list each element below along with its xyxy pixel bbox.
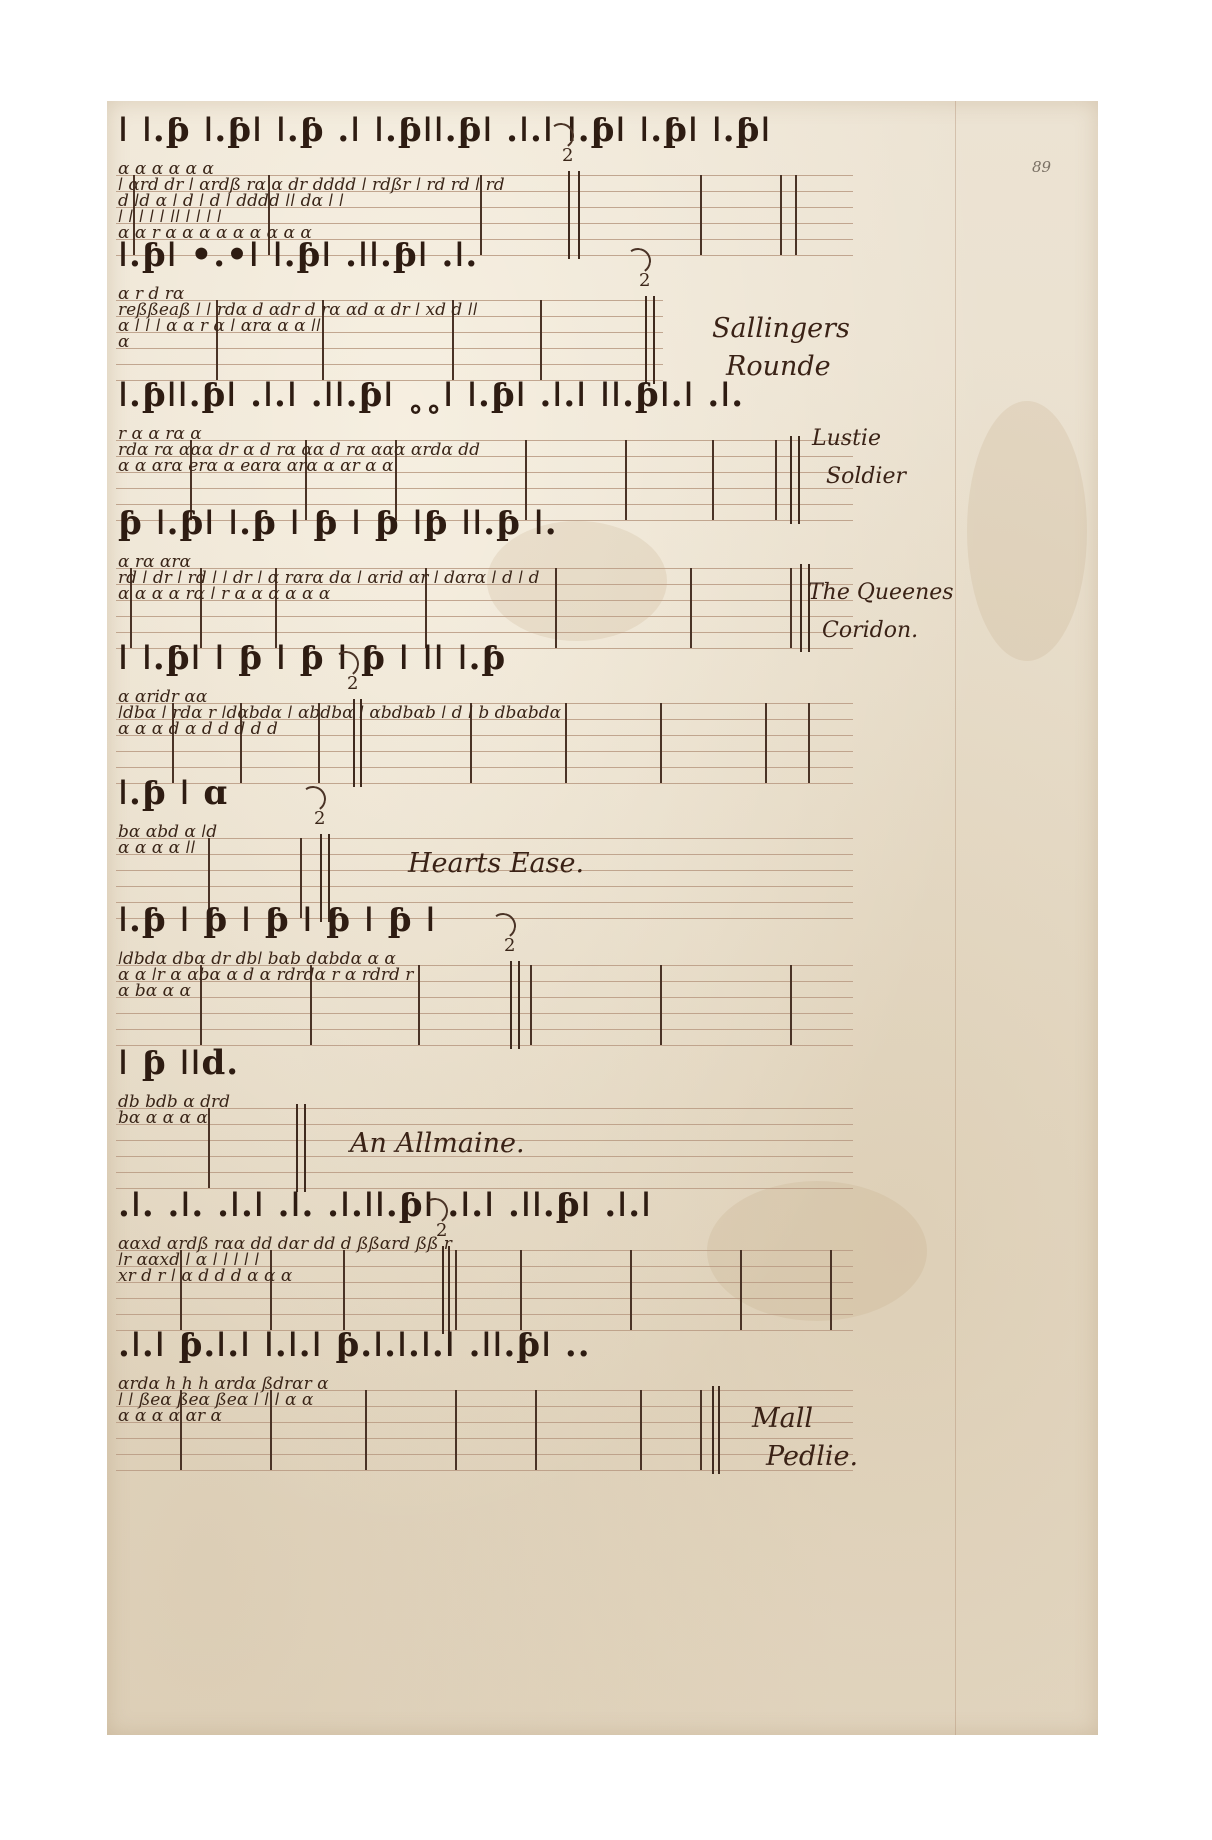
double-barline: [712, 1386, 714, 1474]
barline: [700, 1390, 702, 1470]
double-barline: [800, 564, 802, 652]
tune-title: Sallingers: [712, 315, 850, 342]
staff-line: [116, 1029, 853, 1030]
rhythm-flags: ǀ.ƥǀǀ.ƥǀ .ǀ.ǀ .ǀǀ.ƥǀ ˳˳ǀ ǀ.ƥǀ .ǀ.ǀ ǀǀ.ƥǀ…: [118, 378, 744, 412]
barline: [700, 175, 702, 255]
barline: [418, 965, 420, 1045]
barline: [365, 1390, 367, 1470]
tune-title: Hearts Ease.: [408, 850, 584, 877]
barline: [660, 965, 662, 1045]
tablature-letters: ɑ ɑ ɑ ɑ ǀǀ: [118, 840, 196, 857]
double-barline: [296, 1104, 298, 1192]
barline: [795, 175, 797, 255]
rhythm-flags: .ǀ. .ǀ. .ǀ.ǀ .ǀ. .ǀ.ǀǀ.ƥǀ .ǀ.ǀ .ǀǀ.ƥǀ .ǀ…: [118, 1188, 652, 1222]
barline: [690, 568, 692, 648]
barline: [660, 703, 662, 783]
barline: [555, 568, 557, 648]
staff-line: [116, 767, 853, 768]
tune-title: An Allmaine.: [350, 1130, 525, 1157]
tablature-letters: ɑ ɑ ɑ d ɑ d d d d d: [118, 721, 278, 738]
double-barline: [518, 961, 520, 1049]
paper-stain: [967, 401, 1087, 661]
staff-line: [116, 616, 853, 617]
rhythm-flags: ǀ ƥ ǀǀd.: [118, 1046, 239, 1080]
barline: [270, 1250, 272, 1330]
staff-line: [116, 751, 853, 752]
barline: [712, 440, 714, 520]
folio-number: 89: [1032, 158, 1051, 176]
staff-line: [116, 1438, 853, 1439]
rhythm-flags: ǀ ǀ.ƥǀ ǀ ƥ ǀ ƥ ǀ ƥ ǀ ǀǀ ǀ.ƥ: [118, 641, 506, 675]
staff-line: [116, 1013, 853, 1014]
rhythm-flags: ǀ ǀ.ƥ ǀ.ƥǀ ǀ.ƥ .ǀ ǀ.ƥǀǀ.ƥǀ .ǀ.ǀ ǀ.ƥǀ ǀ.ƥ…: [118, 113, 771, 147]
rhythm-flags: ƥ ǀ.ƥǀ ǀ.ƥ ǀ ƥ ǀ ƥ ǀƥ ǀǀ.ƥ ǀ.: [118, 506, 558, 540]
tune-title: Pedlie.: [766, 1443, 858, 1470]
barline: [540, 300, 542, 380]
double-barline: [442, 1246, 444, 1334]
tablature-letters: xr d r ǀ ɑ d d d ɑ ɑ ɑ: [118, 1268, 292, 1285]
double-barline: [798, 436, 800, 524]
double-barline: [718, 1386, 720, 1474]
barline: [455, 1390, 457, 1470]
double-barline: [808, 564, 810, 652]
staff-line: [116, 1172, 853, 1173]
tablature-letters: ɑ: [118, 334, 129, 351]
double-barline: [578, 171, 580, 259]
tablature-letters: ɑ ɑ ɑrɑ erɑ ɑ eɑrɑ ɑrɑ ɑ ɑr ɑ ɑ: [118, 458, 394, 475]
staff-line: [116, 1298, 853, 1299]
tablature-letters: bɑ ɑ ɑ ɑ ɑ: [118, 1110, 208, 1127]
tune-title: Coridon.: [822, 620, 918, 642]
tune-title: Lustie: [812, 428, 881, 450]
staff-line: [116, 348, 663, 349]
staff-line: [116, 1124, 853, 1125]
staff-line: [116, 1470, 853, 1471]
double-barline: [653, 296, 655, 384]
barline: [630, 1250, 632, 1330]
staff-line: [116, 838, 853, 839]
barline: [520, 1250, 522, 1330]
rhythm-flags: ǀ.ƥ ǀ ɑ: [118, 776, 228, 810]
barline: [790, 568, 792, 648]
staff-line: [116, 997, 853, 998]
barline: [455, 1250, 457, 1330]
rhythm-flags: .ǀ.ǀ ƥ.ǀ.ǀ ǀ.ǀ.ǀ ƥ.ǀ.ǀ.ǀ.ǀ .ǀǀ.ƥǀ ..: [118, 1328, 591, 1362]
barline: [780, 175, 782, 255]
tune-title: Mall: [752, 1405, 813, 1432]
double-barline: [510, 961, 512, 1049]
barline: [775, 440, 777, 520]
staff-line: [116, 1454, 853, 1455]
tune-title: The Queenes: [808, 582, 954, 604]
barline: [640, 1390, 642, 1470]
rhythm-flags: ǀ.ƥ ǀ ƥ ǀ ƥ ǀ ƥ ǀ ƥ ǀ: [118, 903, 436, 937]
staff-line: [116, 364, 663, 365]
tablature-letters: ɑ ɑ ɑ ɑ ɑr ɑ: [118, 1408, 222, 1425]
barline: [535, 1390, 537, 1470]
double-barline: [448, 1246, 450, 1334]
barline: [565, 703, 567, 783]
barline: [343, 1250, 345, 1330]
barline: [790, 965, 792, 1045]
barline: [530, 965, 532, 1045]
double-barline: [304, 1104, 306, 1192]
barline: [740, 1250, 742, 1330]
staff-line: [116, 1422, 853, 1423]
staff-line: [116, 886, 853, 887]
rhythm-flags: ǀ.ƥǀ •.•ǀ ǀ.ƥǀ .ǀǀ.ƥǀ .ǀ.: [118, 238, 478, 272]
margin-rule: [955, 101, 956, 1735]
barline: [208, 1108, 210, 1188]
barline: [625, 440, 627, 520]
staff-line: [116, 488, 853, 489]
tablature-letters: ɑ bɑ ɑ ɑ: [118, 983, 191, 1000]
tablature-letters: ɑ ǀ ǀ ǀ ɑ ɑ r ɑ ǀ ɑrɑ ɑ ɑ ǀǀ: [118, 318, 321, 335]
double-barline: [790, 436, 792, 524]
double-barline: [645, 296, 647, 384]
barline: [808, 703, 810, 783]
barline: [765, 703, 767, 783]
staff-line: [116, 632, 853, 633]
double-barline: [568, 171, 570, 259]
tablature-letters: ɑ ɑ ɑ ɑ rɑ ǀ r ɑ ɑ ɑ ɑ ɑ ɑ: [118, 586, 330, 603]
staff-line: [116, 1314, 853, 1315]
tune-title: Soldier: [826, 466, 906, 488]
barline: [830, 1250, 832, 1330]
